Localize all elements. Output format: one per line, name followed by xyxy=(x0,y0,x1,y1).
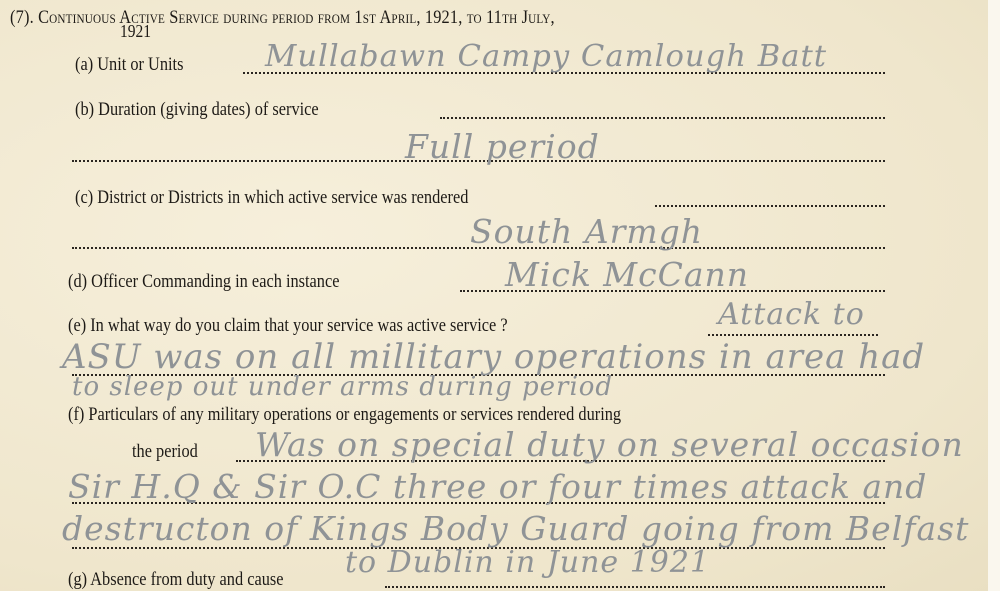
field-e-line-1 xyxy=(708,332,878,336)
field-f-answer-1[interactable]: Was on special duty on several occasion xyxy=(255,428,964,461)
field-a-answer[interactable]: Mullabawn Campy Camlough Batt xyxy=(265,42,827,72)
field-c-line-1 xyxy=(655,203,885,207)
field-b-line-1 xyxy=(440,115,885,119)
field-g-label: (g) Absence from duty and cause xyxy=(68,570,284,589)
field-f-answer-3[interactable]: destructon of Kings Body Guard going fro… xyxy=(62,512,969,545)
section-title: Continuous Active Service during period … xyxy=(38,7,555,28)
field-g-line xyxy=(385,584,885,588)
field-e-answer-2[interactable]: ASU was on all millitary operations in a… xyxy=(62,340,925,374)
field-a-label: (a) Unit or Units xyxy=(75,55,183,74)
field-e-answer-3[interactable]: to sleep out under arms during period xyxy=(72,374,613,400)
field-e-label: (e) In what way do you claim that your s… xyxy=(68,316,508,335)
section-number: (7). xyxy=(10,7,34,28)
section-title-year: 1921 xyxy=(120,22,151,40)
field-c-answer[interactable]: South Armgh xyxy=(470,215,703,248)
field-f-answer-2[interactable]: Sir H.Q & Sir O.C three or four times at… xyxy=(68,470,927,503)
service-form-page: (7). Continuous Active Service during pe… xyxy=(0,0,1000,591)
field-d-label: (d) Officer Commanding in each instance xyxy=(68,272,339,291)
field-f-label-period: the period xyxy=(132,442,198,461)
field-c-label: (c) District or Districts in which activ… xyxy=(75,188,468,207)
page-edge xyxy=(988,0,1000,591)
field-b-label: (b) Duration (giving dates) of service xyxy=(75,100,319,119)
field-f-answer-4[interactable]: to Dublin in June 1921 xyxy=(345,548,710,578)
field-b-answer[interactable]: Full period xyxy=(405,130,600,163)
field-e-answer-1[interactable]: Attack to xyxy=(718,300,865,330)
section-heading: (7). Continuous Active Service during pe… xyxy=(10,8,555,27)
field-f-label: (f) Particulars of any military operatio… xyxy=(68,405,621,424)
field-d-answer[interactable]: Mick McCann xyxy=(505,258,749,291)
